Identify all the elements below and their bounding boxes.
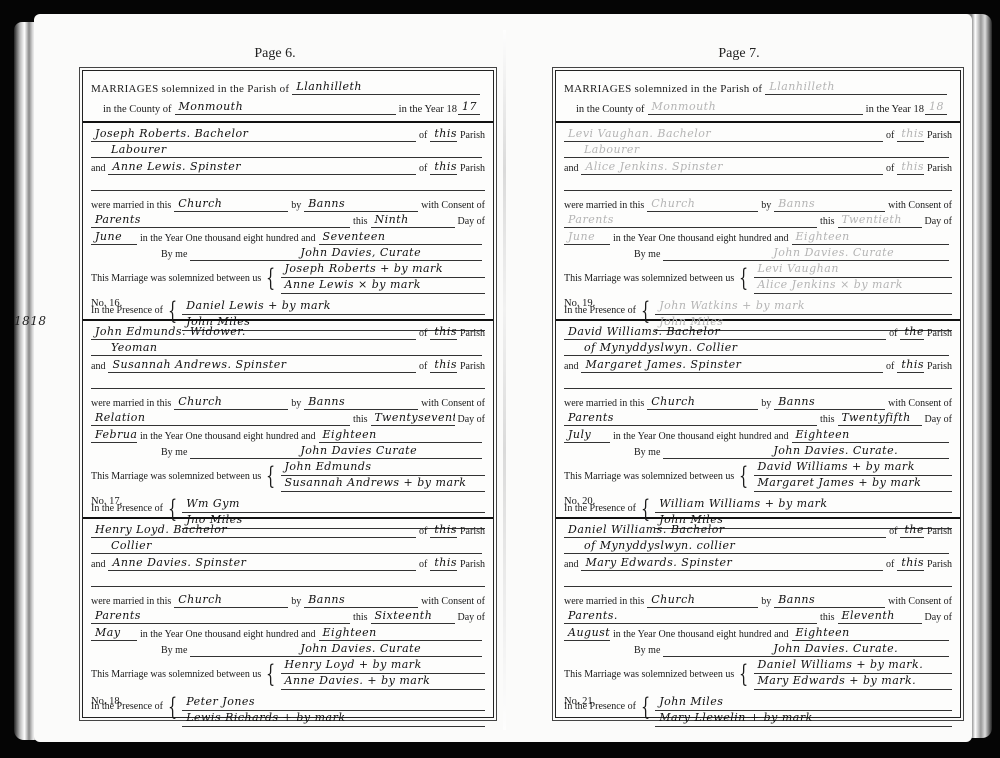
page-number: Page 7. (506, 46, 972, 62)
marriage-month: June (564, 230, 610, 245)
officiant-line: By me John Davies Curate (91, 443, 485, 460)
this-label: this (820, 414, 834, 426)
witness1-signature: John Watkins + by mark (655, 299, 952, 315)
bride-parish: this (430, 556, 457, 571)
party2-signature: Margaret James + by mark (754, 476, 952, 492)
of-label: of (419, 163, 427, 175)
day-of-label: Day of (925, 216, 953, 228)
groom-occupation-line: Labourer (564, 142, 952, 159)
blank-rule (564, 572, 952, 587)
by-label: by (761, 200, 771, 212)
header-year-label: in the Year 18 (866, 104, 924, 115)
of-label: of (419, 361, 427, 373)
ceremony-by: Banns (304, 593, 418, 608)
marriage-day: Twentyfifth (838, 411, 922, 426)
entry-number: No. 20. (564, 496, 595, 507)
and-label: and (91, 163, 105, 175)
witness-block: In the Presence of { Peter Jones Lewis R… (91, 695, 485, 731)
parish-label: Parish (460, 361, 485, 373)
marriage-month: June (91, 230, 137, 245)
day-of-label: Day of (458, 612, 486, 624)
consent-label: with Consent of (888, 200, 952, 212)
brace-glyph: { (266, 266, 275, 290)
of-label: of (889, 328, 897, 340)
header-year-value: 17 (458, 100, 480, 115)
officiant-line: By me John Davies. Curate (564, 245, 952, 262)
bride-parish: this (897, 160, 924, 175)
by-me-label: By me (161, 249, 187, 261)
blank-rule (91, 572, 485, 587)
witness1-signature: Daniel Lewis + by mark (182, 299, 485, 315)
ceremony-place: Church (647, 395, 758, 410)
entry-number: No. 21. (564, 696, 595, 707)
day-of-label: Day of (458, 216, 486, 228)
brace-glyph: { (641, 299, 650, 323)
marriage-day: Twentieth (838, 213, 922, 228)
header-parish-label: MARRIAGES solemnized in the Parish of (91, 83, 289, 95)
marriage-month: July (564, 428, 610, 443)
entry-number: No. 16. (91, 298, 122, 309)
witness-block: In the Presence of { John Miles Mary Lle… (564, 695, 952, 731)
marriage-entry: David Williams. Bachelor of the Parish o… (556, 321, 960, 519)
parish-label: Parish (460, 559, 485, 571)
parish-label: Parish (460, 328, 485, 340)
this-label: this (353, 216, 367, 228)
marriage-month: May (91, 626, 137, 641)
and-label: and (564, 361, 578, 373)
header-year-value: 18 (925, 100, 947, 115)
groom-occupation: Collier (91, 539, 482, 554)
bride-parish: this (897, 556, 924, 571)
register-header: MARRIAGES solemnized in the Parish of Ll… (556, 71, 960, 123)
solemnized-between-label: This Marriage was solemnized between us (564, 669, 734, 680)
officiant-name: John Davies. Curate (190, 642, 482, 657)
marriage-day: Twentyseventh (371, 411, 455, 426)
groom-name: Daniel Williams. Bachelor (564, 523, 886, 538)
marriage-entry: John Edmunds. Widower. of this Parish Ye… (83, 321, 493, 519)
groom-name: Henry Loyd. Bachelor (91, 523, 416, 538)
year-phrase-label: in the Year One thousand eight hundred a… (140, 431, 316, 443)
header-county-value: Monmouth (648, 100, 863, 115)
officiant-name: John Davies, Curate (190, 246, 482, 261)
groom-occupation-line: Yeoman (91, 340, 485, 357)
bride-line: and Mary Edwards. Spinster of this Paris… (564, 554, 952, 571)
header-parish-value: Llanhilleth (292, 80, 480, 95)
date-line: June in the Year One thousand eight hund… (91, 228, 485, 245)
of-label: of (419, 526, 427, 538)
party2-signature: Alice Jenkins × by mark (754, 278, 952, 294)
witness2-signature: Lewis Richards + by mark (182, 711, 485, 727)
bride-name: Margaret James. Spinster (581, 358, 883, 373)
parish-label: Parish (460, 130, 485, 142)
brace-glyph: { (168, 299, 177, 323)
brace-glyph: { (168, 695, 177, 719)
brace-glyph: { (739, 662, 748, 686)
consent-of: Parents (91, 609, 350, 624)
groom-occupation: of Mynyddyslwyn. Collier (564, 341, 949, 356)
year-phrase-label: in the Year One thousand eight hundred a… (613, 629, 789, 641)
and-label: and (91, 361, 105, 373)
witness1-signature: John Miles (655, 695, 952, 711)
blank-line (564, 175, 952, 192)
witness1-signature: Wm Gym (182, 497, 485, 513)
by-me-label: By me (161, 447, 187, 459)
ceremony-place: Church (174, 395, 288, 410)
groom-parish: this (430, 127, 457, 142)
bride-name: Susannah Andrews. Spinster (108, 358, 416, 373)
parish-label: Parish (927, 526, 952, 538)
header-parish-value: Llanhilleth (765, 80, 947, 95)
groom-occupation-line: of Mynyddyslwyn. Collier (564, 340, 952, 357)
consent-of: Relation (91, 411, 350, 426)
party2-signature: Anne Lewis × by mark (281, 278, 485, 294)
groom-parish: the (900, 325, 924, 340)
marriage-day: Sixteenth (371, 609, 455, 624)
this-label: this (820, 612, 834, 624)
page-number: Page 6. (34, 46, 506, 62)
register-book-spread: Page 6. MARRIAGES solemnized in the Pari… (0, 0, 1000, 758)
consent-line: Parents. this Eleventh Day of (564, 608, 952, 625)
blank-rule (91, 176, 485, 191)
date-line: June in the Year One thousand eight hund… (564, 228, 952, 245)
entry-number: No. 17. (91, 496, 122, 507)
marriage-year-words: Eighteen (319, 428, 482, 443)
day-of-label: Day of (925, 414, 953, 426)
brace-glyph: { (641, 497, 650, 521)
ceremony-place: Church (174, 593, 288, 608)
married-in-label: were married in this (564, 200, 644, 212)
margin-annotation: 1818 (14, 314, 47, 328)
solemnized-between-label: This Marriage was solemnized between us (564, 471, 734, 482)
marriage-entry: Daniel Williams. Bachelor of the Parish … (556, 519, 960, 717)
parties-signature-block: This Marriage was solemnized between us … (91, 657, 485, 691)
day-of-label: Day of (925, 612, 953, 624)
party2-signature: Mary Edwards + by mark. (754, 674, 952, 690)
by-label: by (291, 398, 301, 410)
this-label: this (353, 612, 367, 624)
blank-rule (564, 374, 952, 389)
ceremony-line: were married in this Church by Banns wit… (564, 195, 952, 212)
parties-signature-block: This Marriage was solemnized between us … (564, 459, 952, 493)
this-label: this (353, 414, 367, 426)
groom-name: Joseph Roberts. Bachelor (91, 127, 416, 142)
blank-line (564, 571, 952, 588)
consent-line: Parents this Sixteenth Day of (91, 608, 485, 625)
brace-glyph: { (266, 662, 275, 686)
groom-parish: this (897, 127, 924, 142)
bride-line: and Anne Davies. Spinster of this Parish (91, 554, 485, 571)
brace-glyph: { (266, 464, 275, 488)
married-in-label: were married in this (91, 596, 171, 608)
officiant-line: By me John Davies. Curate. (564, 641, 952, 658)
married-in-label: were married in this (91, 200, 171, 212)
consent-label: with Consent of (421, 398, 485, 410)
ceremony-line: were married in this Church by Banns wit… (91, 591, 485, 608)
consent-label: with Consent of (888, 596, 952, 608)
by-me-label: By me (634, 645, 660, 657)
year-phrase-label: in the Year One thousand eight hundred a… (140, 629, 316, 641)
married-in-label: were married in this (564, 596, 644, 608)
blank-rule (564, 176, 952, 191)
groom-parish: this (430, 325, 457, 340)
register-header: MARRIAGES solemnized in the Parish of Ll… (83, 71, 493, 123)
of-label: of (419, 130, 427, 142)
married-in-label: were married in this (91, 398, 171, 410)
of-label: of (419, 559, 427, 571)
ceremony-line: were married in this Church by Banns wit… (91, 393, 485, 410)
groom-occupation: of Mynyddyslwyn. collier (564, 539, 949, 554)
marriage-year-words: Eighteen (792, 626, 949, 641)
date-line: May in the Year One thousand eight hundr… (91, 624, 485, 641)
officiant-line: By me John Davies. Curate (91, 641, 485, 658)
header-county-value: Monmouth (175, 100, 396, 115)
consent-of: Parents (564, 411, 817, 426)
marriage-register-form: MARRIAGES solemnized in the Parish of Ll… (82, 70, 494, 718)
year-phrase-label: in the Year One thousand eight hundred a… (140, 233, 316, 245)
consent-line: Parents this Twentieth Day of (564, 212, 952, 229)
entry-number: No. 18. (91, 696, 122, 707)
blank-rule (91, 374, 485, 389)
bride-name: Mary Edwards. Spinster (581, 556, 883, 571)
consent-line: Relation this Twentyseventh Day of (91, 410, 485, 427)
ceremony-by: Banns (304, 395, 418, 410)
of-label: of (886, 559, 894, 571)
officiant-line: By me John Davies. Curate. (564, 443, 952, 460)
witness1-signature: William Williams + by mark (655, 497, 952, 513)
groom-name: Levi Vaughan. Bachelor (564, 127, 883, 142)
married-in-label: were married in this (564, 398, 644, 410)
marriage-register-form: MARRIAGES solemnized in the Parish of Ll… (555, 70, 961, 718)
groom-line: Joseph Roberts. Bachelor of this Parish (91, 125, 485, 142)
by-me-label: By me (634, 447, 660, 459)
blank-line (91, 373, 485, 390)
by-me-label: By me (161, 645, 187, 657)
groom-name: John Edmunds. Widower. (91, 325, 416, 340)
bride-line: and Anne Lewis. Spinster of this Parish (91, 158, 485, 175)
groom-name: David Williams. Bachelor (564, 325, 886, 340)
bride-name: Anne Davies. Spinster (108, 556, 416, 571)
groom-occupation-line: Labourer (91, 142, 485, 159)
by-label: by (291, 200, 301, 212)
and-label: and (564, 559, 578, 571)
groom-line: John Edmunds. Widower. of this Parish (91, 323, 485, 340)
groom-line: David Williams. Bachelor of the Parish (564, 323, 952, 340)
brace-glyph: { (739, 464, 748, 488)
party1-signature: John Edmunds (281, 460, 485, 476)
and-label: and (91, 559, 105, 571)
parish-label: Parish (927, 361, 952, 373)
day-of-label: Day of (458, 414, 486, 426)
brace-glyph: { (739, 266, 748, 290)
groom-occupation: Labourer (91, 143, 482, 158)
ceremony-by: Banns (304, 197, 418, 212)
year-phrase-label: in the Year One thousand eight hundred a… (613, 233, 789, 245)
solemnized-between-label: This Marriage was solemnized between us (91, 273, 261, 284)
party1-signature: Daniel Williams + by mark. (754, 658, 952, 674)
bride-parish: this (897, 358, 924, 373)
parish-label: Parish (927, 163, 952, 175)
consent-line: Parents this Ninth Day of (91, 212, 485, 229)
party1-signature: Henry Loyd + by mark (281, 658, 485, 674)
date-line: February in the Year One thousand eight … (91, 426, 485, 443)
bride-line: and Alice Jenkins. Spinster of this Pari… (564, 158, 952, 175)
date-line: July in the Year One thousand eight hund… (564, 426, 952, 443)
of-label: of (889, 526, 897, 538)
marriage-year-words: Eighteen (319, 626, 482, 641)
consent-label: with Consent of (421, 200, 485, 212)
solemnized-between-label: This Marriage was solemnized between us (91, 471, 261, 482)
officiant-name: John Davies. Curate (663, 246, 949, 261)
marriage-year-words: Eighteen (792, 428, 949, 443)
of-label: of (886, 130, 894, 142)
brace-glyph: { (168, 497, 177, 521)
groom-parish: the (900, 523, 924, 538)
marriage-year-words: Seventeen (319, 230, 482, 245)
blank-line (91, 175, 485, 192)
party1-signature: David Williams + by mark (754, 460, 952, 476)
page-right: Page 7. MARRIAGES solemnized in the Pari… (506, 14, 972, 742)
officiant-name: John Davies. Curate. (663, 642, 949, 657)
groom-line: Henry Loyd. Bachelor of this Parish (91, 521, 485, 538)
parish-label: Parish (927, 328, 952, 340)
party2-signature: Anne Davies. + by mark (281, 674, 485, 690)
header-county-label: in the County of (576, 104, 645, 115)
groom-line: Daniel Williams. Bachelor of the Parish (564, 521, 952, 538)
parties-signature-block: This Marriage was solemnized between us … (564, 261, 952, 295)
of-label: of (886, 361, 894, 373)
bride-parish: this (430, 358, 457, 373)
ceremony-by: Banns (774, 395, 885, 410)
officiant-name: John Davies. Curate. (663, 444, 949, 459)
ceremony-place: Church (647, 593, 758, 608)
officiant-name: John Davies Curate (190, 444, 482, 459)
consent-of: Parents (91, 213, 350, 228)
header-county-label: in the County of (103, 104, 172, 115)
brace-glyph: { (641, 695, 650, 719)
bride-line: and Susannah Andrews. Spinster of this P… (91, 356, 485, 373)
marriage-day: Ninth (371, 213, 455, 228)
by-label: by (761, 398, 771, 410)
by-me-label: By me (634, 249, 660, 261)
parish-label: Parish (927, 559, 952, 571)
consent-of: Parents. (564, 609, 817, 624)
witness2-signature: Mary Llewelin + by mark (655, 711, 952, 727)
of-label: of (886, 163, 894, 175)
consent-of: Parents (564, 213, 817, 228)
groom-line: Levi Vaughan. Bachelor of this Parish (564, 125, 952, 142)
entry-number: No. 19. (564, 298, 595, 309)
parties-signature-block: This Marriage was solemnized between us … (564, 657, 952, 691)
solemnized-between-label: This Marriage was solemnized between us (91, 669, 261, 680)
consent-label: with Consent of (421, 596, 485, 608)
consent-line: Parents this Twentyfifth Day of (564, 410, 952, 427)
ceremony-place: Church (174, 197, 288, 212)
groom-occupation: Labourer (564, 143, 949, 158)
by-label: by (291, 596, 301, 608)
party2-signature: Susannah Andrews + by mark (281, 476, 485, 492)
officiant-line: By me John Davies, Curate (91, 245, 485, 262)
this-label: this (820, 216, 834, 228)
parish-label: Parish (460, 526, 485, 538)
and-label: and (564, 163, 578, 175)
marriage-year-words: Eighteen (792, 230, 949, 245)
solemnized-between-label: This Marriage was solemnized between us (564, 273, 734, 284)
groom-parish: this (430, 523, 457, 538)
consent-label: with Consent of (888, 398, 952, 410)
ceremony-line: were married in this Church by Banns wit… (564, 393, 952, 410)
ceremony-line: were married in this Church by Banns wit… (91, 195, 485, 212)
header-parish-label: MARRIAGES solemnized in the Parish of (564, 83, 762, 95)
parish-label: Parish (927, 130, 952, 142)
groom-occupation: Yeoman (91, 341, 482, 356)
ceremony-line: were married in this Church by Banns wit… (564, 591, 952, 608)
parties-signature-block: This Marriage was solemnized between us … (91, 261, 485, 295)
marriage-entry: Joseph Roberts. Bachelor of this Parish … (83, 123, 493, 321)
groom-occupation-line: Collier (91, 538, 485, 555)
bride-line: and Margaret James. Spinster of this Par… (564, 356, 952, 373)
marriage-day: Eleventh (838, 609, 922, 624)
bride-parish: this (430, 160, 457, 175)
ceremony-by: Banns (774, 593, 885, 608)
of-label: of (419, 328, 427, 340)
party1-signature: Levi Vaughan (754, 262, 952, 278)
bride-name: Anne Lewis. Spinster (108, 160, 416, 175)
marriage-entry: Levi Vaughan. Bachelor of this Parish La… (556, 123, 960, 321)
by-label: by (761, 596, 771, 608)
groom-occupation-line: of Mynyddyslwyn. collier (564, 538, 952, 555)
marriage-entry: Henry Loyd. Bachelor of this Parish Coll… (83, 519, 493, 717)
marriage-month: February (91, 428, 137, 443)
ceremony-place: Church (647, 197, 758, 212)
witness1-signature: Peter Jones (182, 695, 485, 711)
ceremony-by: Banns (774, 197, 885, 212)
parties-signature-block: This Marriage was solemnized between us … (91, 459, 485, 493)
blank-line (564, 373, 952, 390)
parish-label: Parish (460, 163, 485, 175)
bride-name: Alice Jenkins. Spinster (581, 160, 883, 175)
page-left: Page 6. MARRIAGES solemnized in the Pari… (34, 14, 506, 742)
year-phrase-label: in the Year One thousand eight hundred a… (613, 431, 789, 443)
party1-signature: Joseph Roberts + by mark (281, 262, 485, 278)
marriage-month: August (564, 626, 610, 641)
header-year-label: in the Year 18 (399, 104, 457, 115)
blank-line (91, 571, 485, 588)
date-line: August in the Year One thousand eight hu… (564, 624, 952, 641)
